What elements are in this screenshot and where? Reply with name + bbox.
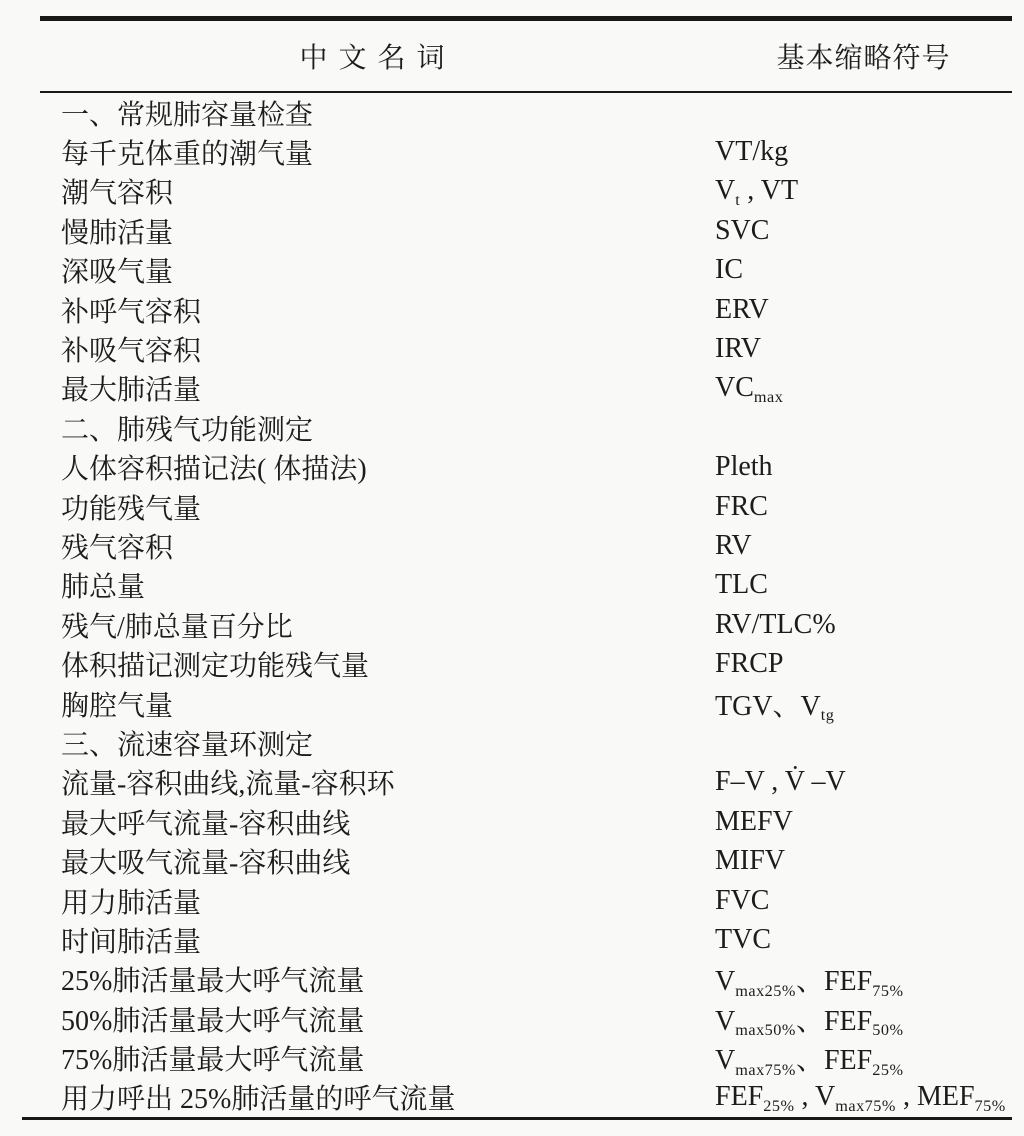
term-cell: 补呼气容积 xyxy=(40,290,715,330)
term-cell: 用力肺活量 xyxy=(40,881,715,921)
abbr-subscript: max75% xyxy=(735,1061,796,1079)
table-row: 功能残气量 FRC xyxy=(40,487,1012,526)
table-row: 肺总量 TLC xyxy=(40,566,1012,605)
term-cell: 深吸气量 xyxy=(40,250,715,290)
abbr-text: FRCP xyxy=(715,648,784,679)
term-cell: 最大肺活量 xyxy=(40,368,715,408)
term-cell: 流量-容积曲线,流量-容积环 xyxy=(40,762,715,802)
table-bottom-border xyxy=(22,1117,1012,1120)
abbreviation-cell: TLC xyxy=(715,569,1012,601)
term-cell: 每千克体重的潮气量 xyxy=(40,132,715,172)
table-row: 胸腔气量 TGV、Vtg xyxy=(40,684,1012,723)
term-cell: 时间肺活量 xyxy=(40,920,715,960)
table-row: 最大肺活量 VCmax xyxy=(40,369,1012,408)
term-cell: 残气/肺总量百分比 xyxy=(40,605,715,645)
table-row: 人体容积描记法( 体描法) Pleth xyxy=(40,448,1012,487)
abbr-text: 、FEF xyxy=(796,966,872,997)
term-cell: 三、流速容量环测定 xyxy=(40,723,715,763)
table-row: 最大吸气流量-容积曲线 MIFV xyxy=(40,841,1012,880)
abbr-text: RV/TLC% xyxy=(715,609,836,640)
abbreviation-cell: Vmax75%、FEF25% xyxy=(715,1038,1012,1078)
abbreviation-cell: FVC xyxy=(715,885,1012,917)
abbreviation-cell: VT/kg xyxy=(715,136,1012,168)
abbr-subscript: max75% xyxy=(835,1097,896,1115)
table-row: 残气/肺总量百分比 RV/TLC% xyxy=(40,605,1012,644)
abbreviation-cell: TVC xyxy=(715,924,1012,956)
abbreviation-cell: VCmax xyxy=(715,372,1012,404)
abbr-text: , MEF xyxy=(896,1081,975,1112)
table-row: 流量-容积曲线,流量-容积环 F–V , V̇ –V xyxy=(40,763,1012,802)
term-cell: 人体容积描记法( 体描法) xyxy=(40,447,715,487)
table-row: 用力肺活量 FVC xyxy=(40,881,1012,920)
header-chinese-term: 中文名词 xyxy=(40,36,715,76)
abbreviation-cell: ERV xyxy=(715,294,1012,326)
abbr-subscript: 25% xyxy=(872,1061,903,1079)
abbr-text: V xyxy=(715,966,735,997)
section-header-row: 一、常规肺容量检查 xyxy=(40,93,1012,132)
abbr-text: FEF xyxy=(715,1081,763,1112)
abbreviation-cell: MEFV xyxy=(715,806,1012,838)
abbreviation-cell: Vt , VT xyxy=(715,175,1012,207)
abbr-text: VC xyxy=(715,372,754,403)
abbreviation-cell: FRCP xyxy=(715,648,1012,680)
abbr-subscript: 25% xyxy=(763,1097,794,1115)
term-cell: 75%肺活量最大呼气流量 xyxy=(40,1038,715,1078)
table-row: 时间肺活量 TVC xyxy=(40,920,1012,959)
term-cell: 功能残气量 xyxy=(40,487,715,527)
abbr-text: 、FEF xyxy=(796,1006,872,1037)
abbr-text: F–V , V̇ –V xyxy=(715,766,846,797)
abbr-text: SVC xyxy=(715,215,769,246)
abbr-subscript: tg xyxy=(821,706,835,724)
table-row: 25%肺活量最大呼气流量 Vmax25%、FEF75% xyxy=(40,960,1012,999)
abbreviation-cell: Vmax25%、FEF75% xyxy=(715,959,1012,999)
table-row: 补呼气容积 ERV xyxy=(40,290,1012,329)
abbr-subscript: 75% xyxy=(975,1097,1006,1115)
abbreviation-cell: Pleth xyxy=(715,451,1012,483)
abbr-text: MIFV xyxy=(715,845,785,876)
terminology-table: 中文名词 基本缩略符号 一、常规肺容量检查 每千克体重的潮气量 VT/kg 潮气… xyxy=(40,16,1012,1120)
table-body: 一、常规肺容量检查 每千克体重的潮气量 VT/kg 潮气容积 Vt , VT 慢… xyxy=(40,93,1012,1117)
table-row: 补吸气容积 IRV xyxy=(40,329,1012,368)
table-row: 75%肺活量最大呼气流量 Vmax75%、FEF25% xyxy=(40,1038,1012,1077)
abbr-text: Pleth xyxy=(715,451,773,482)
abbr-subscript: max xyxy=(754,388,783,406)
abbreviation-cell: FEF25% , Vmax75% , MEF75% xyxy=(715,1081,1012,1113)
abbreviation-cell: Vmax50%、FEF50% xyxy=(715,999,1012,1039)
term-cell: 用力呼出 25%肺活量的呼气流量 xyxy=(40,1077,715,1117)
table-row: 慢肺活量 SVC xyxy=(40,211,1012,250)
table-row: 深吸气量 IC xyxy=(40,251,1012,290)
table-row: 每千克体重的潮气量 VT/kg xyxy=(40,132,1012,171)
term-cell: 25%肺活量最大呼气流量 xyxy=(40,959,715,999)
abbr-text: FVC xyxy=(715,885,769,916)
term-cell: 最大呼气流量-容积曲线 xyxy=(40,802,715,842)
abbreviation-cell: RV/TLC% xyxy=(715,609,1012,641)
abbr-text: V xyxy=(715,175,735,206)
term-cell: 补吸气容积 xyxy=(40,329,715,369)
abbr-text: IC xyxy=(715,254,743,285)
abbr-text: TVC xyxy=(715,924,771,955)
abbreviation-cell: IRV xyxy=(715,333,1012,365)
abbr-text: , V xyxy=(795,1081,836,1112)
abbr-subscript: 75% xyxy=(872,982,903,1000)
term-cell: 肺总量 xyxy=(40,565,715,605)
term-cell: 胸腔气量 xyxy=(40,684,715,724)
abbr-text: V xyxy=(715,1006,735,1037)
term-cell: 一、常规肺容量检查 xyxy=(40,93,715,133)
abbr-subscript: t xyxy=(735,191,740,209)
term-cell: 残气容积 xyxy=(40,526,715,566)
abbr-subscript: max50% xyxy=(735,1021,796,1039)
abbr-text: RV xyxy=(715,530,752,561)
abbreviation-cell: IC xyxy=(715,254,1012,286)
abbr-text: 、FEF xyxy=(796,1045,872,1076)
abbr-text: ERV xyxy=(715,294,769,325)
abbr-text: MEFV xyxy=(715,806,793,837)
table-row: 最大呼气流量-容积曲线 MEFV xyxy=(40,802,1012,841)
abbr-text: , VT xyxy=(740,175,798,206)
term-cell: 体积描记测定功能残气量 xyxy=(40,644,715,684)
term-cell: 二、肺残气功能测定 xyxy=(40,408,715,448)
abbreviation-cell: F–V , V̇ –V xyxy=(715,766,1012,798)
abbr-text: TLC xyxy=(715,569,768,600)
abbr-text: FRC xyxy=(715,491,768,522)
abbr-text: TGV、V xyxy=(715,691,821,722)
abbr-text: IRV xyxy=(715,333,761,364)
document-page: 中文名词 基本缩略符号 一、常规肺容量检查 每千克体重的潮气量 VT/kg 潮气… xyxy=(0,0,1024,1136)
abbr-text: VT/kg xyxy=(715,136,788,167)
term-cell: 潮气容积 xyxy=(40,171,715,211)
abbreviation-cell: FRC xyxy=(715,491,1012,523)
table-header-row: 中文名词 基本缩略符号 xyxy=(40,21,1012,91)
table-row: 残气容积 RV xyxy=(40,526,1012,565)
abbreviation-cell: RV xyxy=(715,530,1012,562)
table-row: 潮气容积 Vt , VT xyxy=(40,172,1012,211)
abbr-subscript: 50% xyxy=(872,1021,903,1039)
abbr-subscript: max25% xyxy=(735,982,796,1000)
table-row: 用力呼出 25%肺活量的呼气流量 FEF25% , Vmax75% , MEF7… xyxy=(40,1078,1012,1117)
abbreviation-cell: TGV、Vtg xyxy=(715,684,1012,724)
abbreviation-cell: SVC xyxy=(715,215,1012,247)
abbreviation-cell: MIFV xyxy=(715,845,1012,877)
header-abbreviation: 基本缩略符号 xyxy=(715,36,1012,76)
table-row: 50%肺活量最大呼气流量 Vmax50%、FEF50% xyxy=(40,999,1012,1038)
abbr-text: V xyxy=(715,1045,735,1076)
term-cell: 慢肺活量 xyxy=(40,211,715,251)
term-cell: 50%肺活量最大呼气流量 xyxy=(40,999,715,1039)
section-header-row: 三、流速容量环测定 xyxy=(40,723,1012,762)
term-cell: 最大吸气流量-容积曲线 xyxy=(40,841,715,881)
table-row: 体积描记测定功能残气量 FRCP xyxy=(40,644,1012,683)
section-header-row: 二、肺残气功能测定 xyxy=(40,408,1012,447)
